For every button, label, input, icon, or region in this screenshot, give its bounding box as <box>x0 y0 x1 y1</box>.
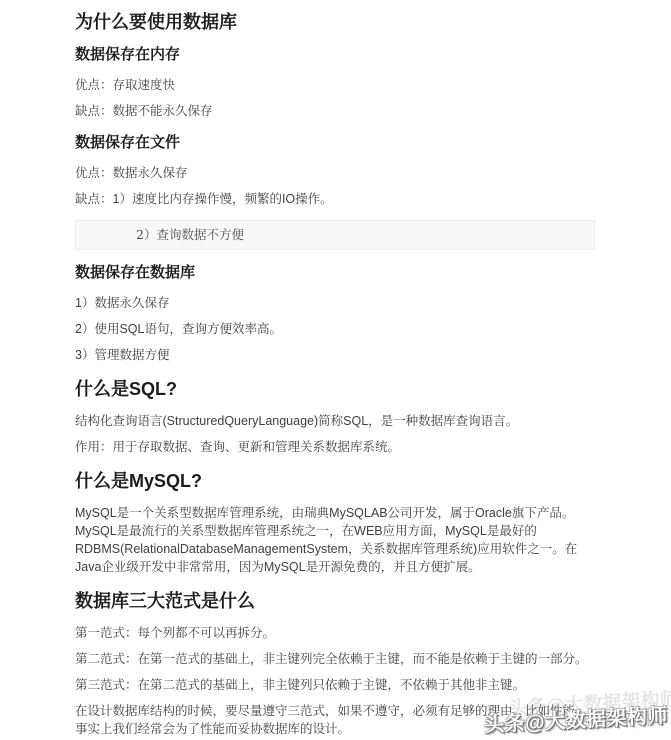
db-point-3: 3）管理数据方便 <box>75 346 595 364</box>
section-heading-memory: 数据保存在内存 <box>75 46 595 64</box>
file-cons-code-block: 2）查询数据不方便 <box>75 220 595 250</box>
article-title: 为什么要使用数据库 <box>75 12 595 32</box>
section-heading-database: 数据保存在数据库 <box>75 264 595 282</box>
third-normal-form: 第三范式：在第二范式的基础上，非主键列只依赖于主键，不依赖于其他非主键。 <box>75 676 595 694</box>
db-point-1: 1）数据永久保存 <box>75 294 595 312</box>
second-normal-form: 第二范式：在第一范式的基础上，非主键列完全依赖于主键，而不能是依赖于主键的一部分… <box>75 650 595 668</box>
db-point-2: 2）使用SQL语句，查询方便效率高。 <box>75 320 595 338</box>
section-heading-what-is-mysql: 什么是MySQL? <box>75 470 595 492</box>
sql-definition: 结构化查询语言(StructuredQueryLanguage)简称SQL，是一… <box>75 412 595 430</box>
section-heading-what-is-sql: 什么是SQL? <box>75 378 595 400</box>
file-cons: 缺点：1）速度比内存操作慢，频繁的IO操作。 <box>75 190 595 208</box>
mysql-description: MySQL是一个关系型数据库管理系统，由瑞典MySQLAB公司开发，属于Orac… <box>75 504 595 576</box>
article-body: 为什么要使用数据库 数据保存在内存 优点：存取速度快 缺点：数据不能永久保存 数… <box>0 0 671 738</box>
memory-cons: 缺点：数据不能永久保存 <box>75 102 595 120</box>
first-normal-form: 第一范式：每个列都不可以再拆分。 <box>75 624 595 642</box>
section-heading-file: 数据保存在文件 <box>75 134 595 152</box>
file-pros: 优点：数据永久保存 <box>75 164 595 182</box>
section-heading-three-normal-forms: 数据库三大范式是什么 <box>75 590 595 612</box>
memory-pros: 优点：存取速度快 <box>75 76 595 94</box>
sql-purpose: 作用：用于存取数据、查询、更新和管理关系数据库系统。 <box>75 438 595 456</box>
page: { "colors": { "background": "#ffffff", "… <box>0 0 671 740</box>
